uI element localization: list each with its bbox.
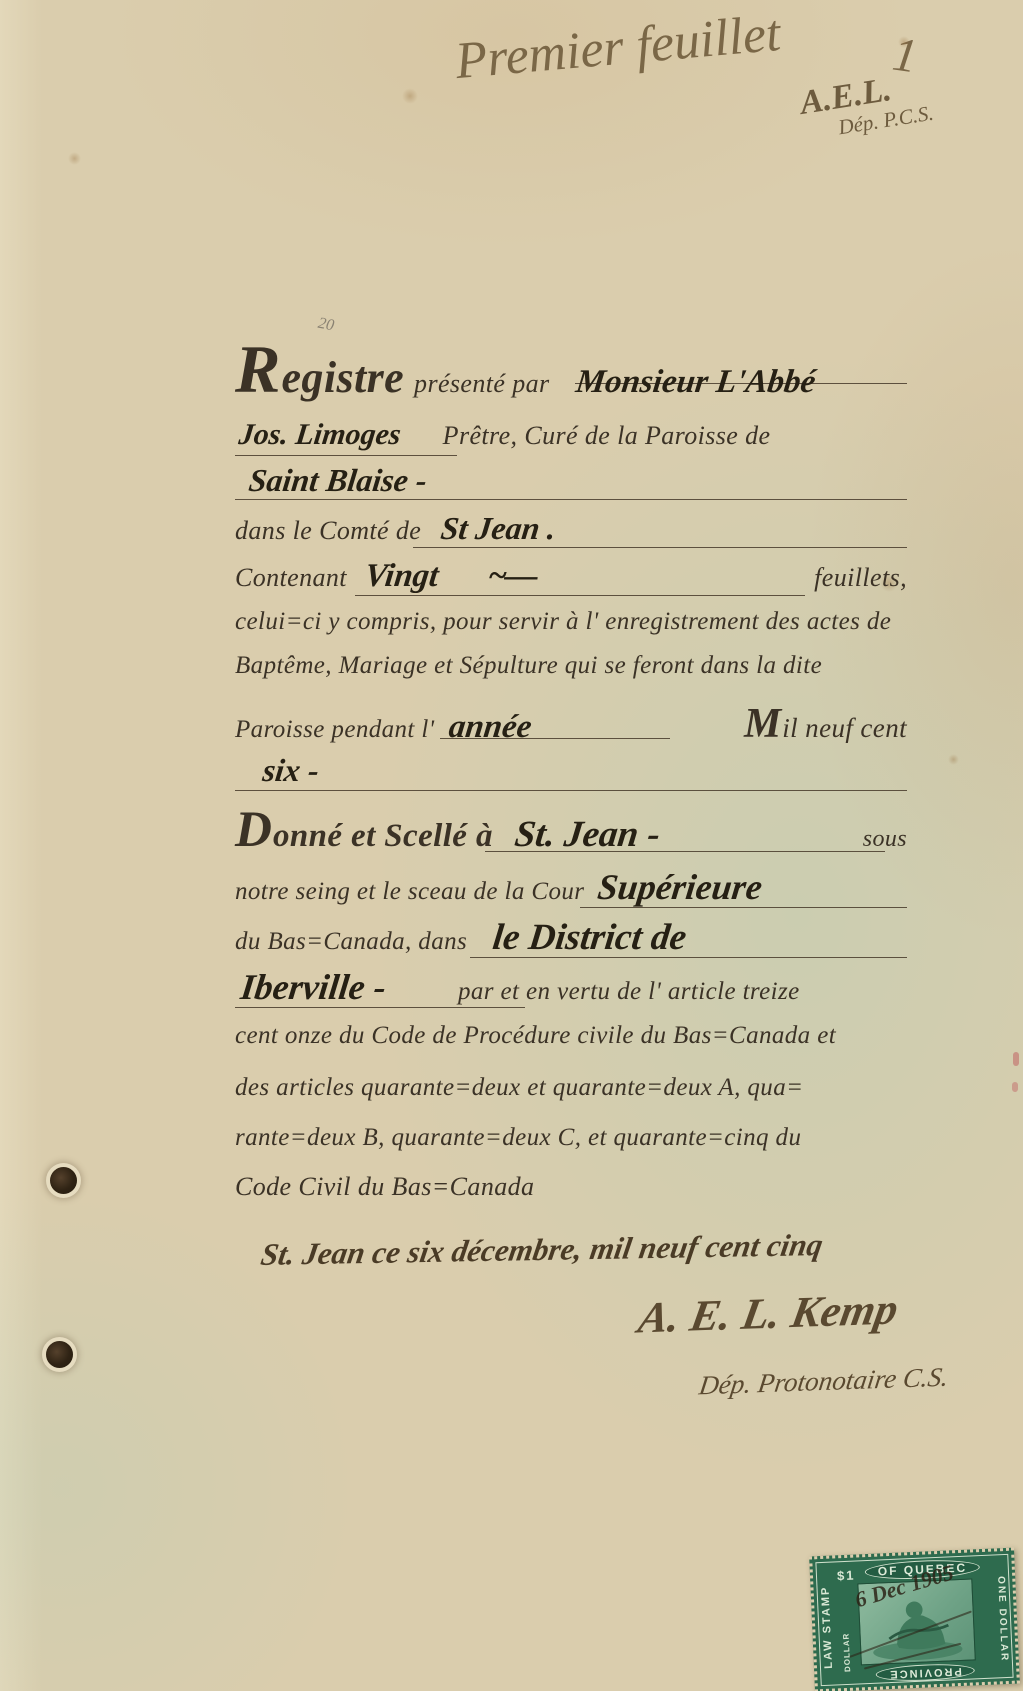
stamp-dollar-value: $1 xyxy=(837,1568,856,1584)
printed-mil-neuf-cent: Mil neuf cent xyxy=(744,700,907,748)
fill-rule xyxy=(235,790,907,791)
signature-title-text: Dép. Protonotaire C.S. xyxy=(697,1362,950,1402)
printed-rante-deux: rante=deux B, quarante=deux C, et quaran… xyxy=(235,1124,801,1152)
form-line-cent-onze: cent onze du Code de Procédure civile du… xyxy=(235,1022,935,1064)
signature-title: Dép. Protonotaire C.S. xyxy=(700,1366,948,1397)
form-line-des-articles: des articles quarante=deux et quarante=d… xyxy=(235,1074,935,1116)
form-line-contenant: Contenant Vingt ~— feuillets, xyxy=(235,558,907,600)
premier-feuillet-annotation: Premier feuillet xyxy=(453,4,783,91)
edge-mark xyxy=(1012,1082,1018,1092)
printed-bapteme: Baptême, Mariage et Sépulture qui se fer… xyxy=(235,652,822,680)
punch-hole-bottom xyxy=(46,1341,73,1368)
hand-six: six - xyxy=(261,752,322,789)
punch-hole-top xyxy=(50,1167,77,1194)
scanned-register-page: Premier feuillet 1 A.E.L. Dép. P.C.S. 20… xyxy=(0,0,1023,1691)
hand-le-district-de: le District de xyxy=(490,916,688,959)
law-stamp: LAW STAMP ONE DOLLAR $1 DOLLAR OF QUEBEC… xyxy=(809,1548,1020,1691)
hand-saint-blaise: Saint Blaise - xyxy=(247,462,429,499)
form-line-celuici: celui=ci y compris, pour servir à l' enr… xyxy=(235,608,935,648)
printed-contenant: Contenant xyxy=(235,563,347,593)
printed-donne-scelle: Donné et Scellé à xyxy=(235,800,493,859)
fill-rule xyxy=(413,547,907,548)
hand-st-jean: St Jean . xyxy=(439,510,558,547)
printed-paroisse-pendant: Paroisse pendant l' xyxy=(235,716,435,744)
printed-notre-seing: notre seing et le sceau de la Cour xyxy=(235,878,584,906)
printed-presente-par: présenté par xyxy=(414,369,550,399)
hand-superieure: Supérieure xyxy=(596,866,765,908)
form-line-donne: Donné et Scellé à St. Jean - sous xyxy=(235,800,907,860)
hand-vingt: Vingt xyxy=(363,558,441,595)
form-line-iberville: Iberville - par et en vertu de l' articl… xyxy=(235,966,923,1016)
edge-mark xyxy=(1013,1052,1019,1066)
hand-dateline: St. Jean ce six décembre, mil neuf cent … xyxy=(258,1227,825,1273)
form-line-annee: Paroisse pendant l' année Mil neuf cent xyxy=(235,700,907,744)
printed-du-bas-canada: du Bas=Canada, dans xyxy=(235,928,467,956)
stain-spot xyxy=(898,36,910,48)
hand-annee: année xyxy=(446,709,533,746)
signature-name: A. E. L. Kemp xyxy=(635,1284,902,1344)
signature-block: A. E. L. Kemp xyxy=(640,1288,897,1339)
printed-feuillets: feuillets, xyxy=(814,563,907,593)
stain-spot xyxy=(402,88,418,104)
form-line-district: du Bas=Canada, dans le District de xyxy=(235,916,907,964)
hand-monsieur-labbe: Monsieur L'Abbé xyxy=(573,364,817,401)
printed-code-civil: Code Civil du Bas=Canada xyxy=(235,1172,534,1202)
form-line-registre: Registre présenté par Monsieur L'Abbé xyxy=(235,330,907,390)
printed-cent-onze: cent onze du Code de Procédure civile du… xyxy=(235,1022,836,1050)
form-line-cour: notre seing et le sceau de la Cour Supér… xyxy=(235,866,907,914)
stain-spot xyxy=(68,152,81,165)
printed-registre: Registre xyxy=(235,330,404,409)
form-line-six: six - xyxy=(235,752,907,796)
form-line-paroisse: Saint Blaise - xyxy=(235,462,907,504)
form-line-bapteme: Baptême, Mariage et Sépulture qui se fer… xyxy=(235,652,935,692)
form-line-rante-deux: rante=deux B, quarante=deux C, et quaran… xyxy=(235,1124,935,1166)
stain-spot xyxy=(948,754,959,765)
hand-iberville: Iberville - xyxy=(238,966,388,1008)
printed-des-articles: des articles quarante=deux et quarante=d… xyxy=(235,1074,803,1102)
fill-rule xyxy=(235,499,907,500)
form-line-comte: dans le Comté de St Jean . xyxy=(235,510,907,552)
printed-celuici: celui=ci y compris, pour servir à l' enr… xyxy=(235,608,891,636)
fill-rule xyxy=(355,595,805,596)
form-line-code-civil: Code Civil du Bas=Canada xyxy=(235,1172,935,1214)
dateline: St. Jean ce six décembre, mil neuf cent … xyxy=(262,1232,822,1268)
printed-pretre-cure: Prêtre, Curé de la Paroisse de xyxy=(443,421,771,451)
printed-dans-le-comte: dans le Comté de xyxy=(235,516,421,546)
form-line-cure: Jos. Limoges Prêtre, Curé de la Paroisse… xyxy=(235,418,907,460)
hand-st-jean-2: St. Jean - xyxy=(512,813,662,856)
hand-dash-flourish: ~— xyxy=(486,558,538,595)
hand-jos-limoges: Jos. Limoges xyxy=(237,418,403,452)
printed-par-et-en-vertu: par et en vertu de l' article treize xyxy=(458,978,800,1006)
fill-rule xyxy=(235,455,457,456)
printed-sous: sous xyxy=(863,826,907,853)
